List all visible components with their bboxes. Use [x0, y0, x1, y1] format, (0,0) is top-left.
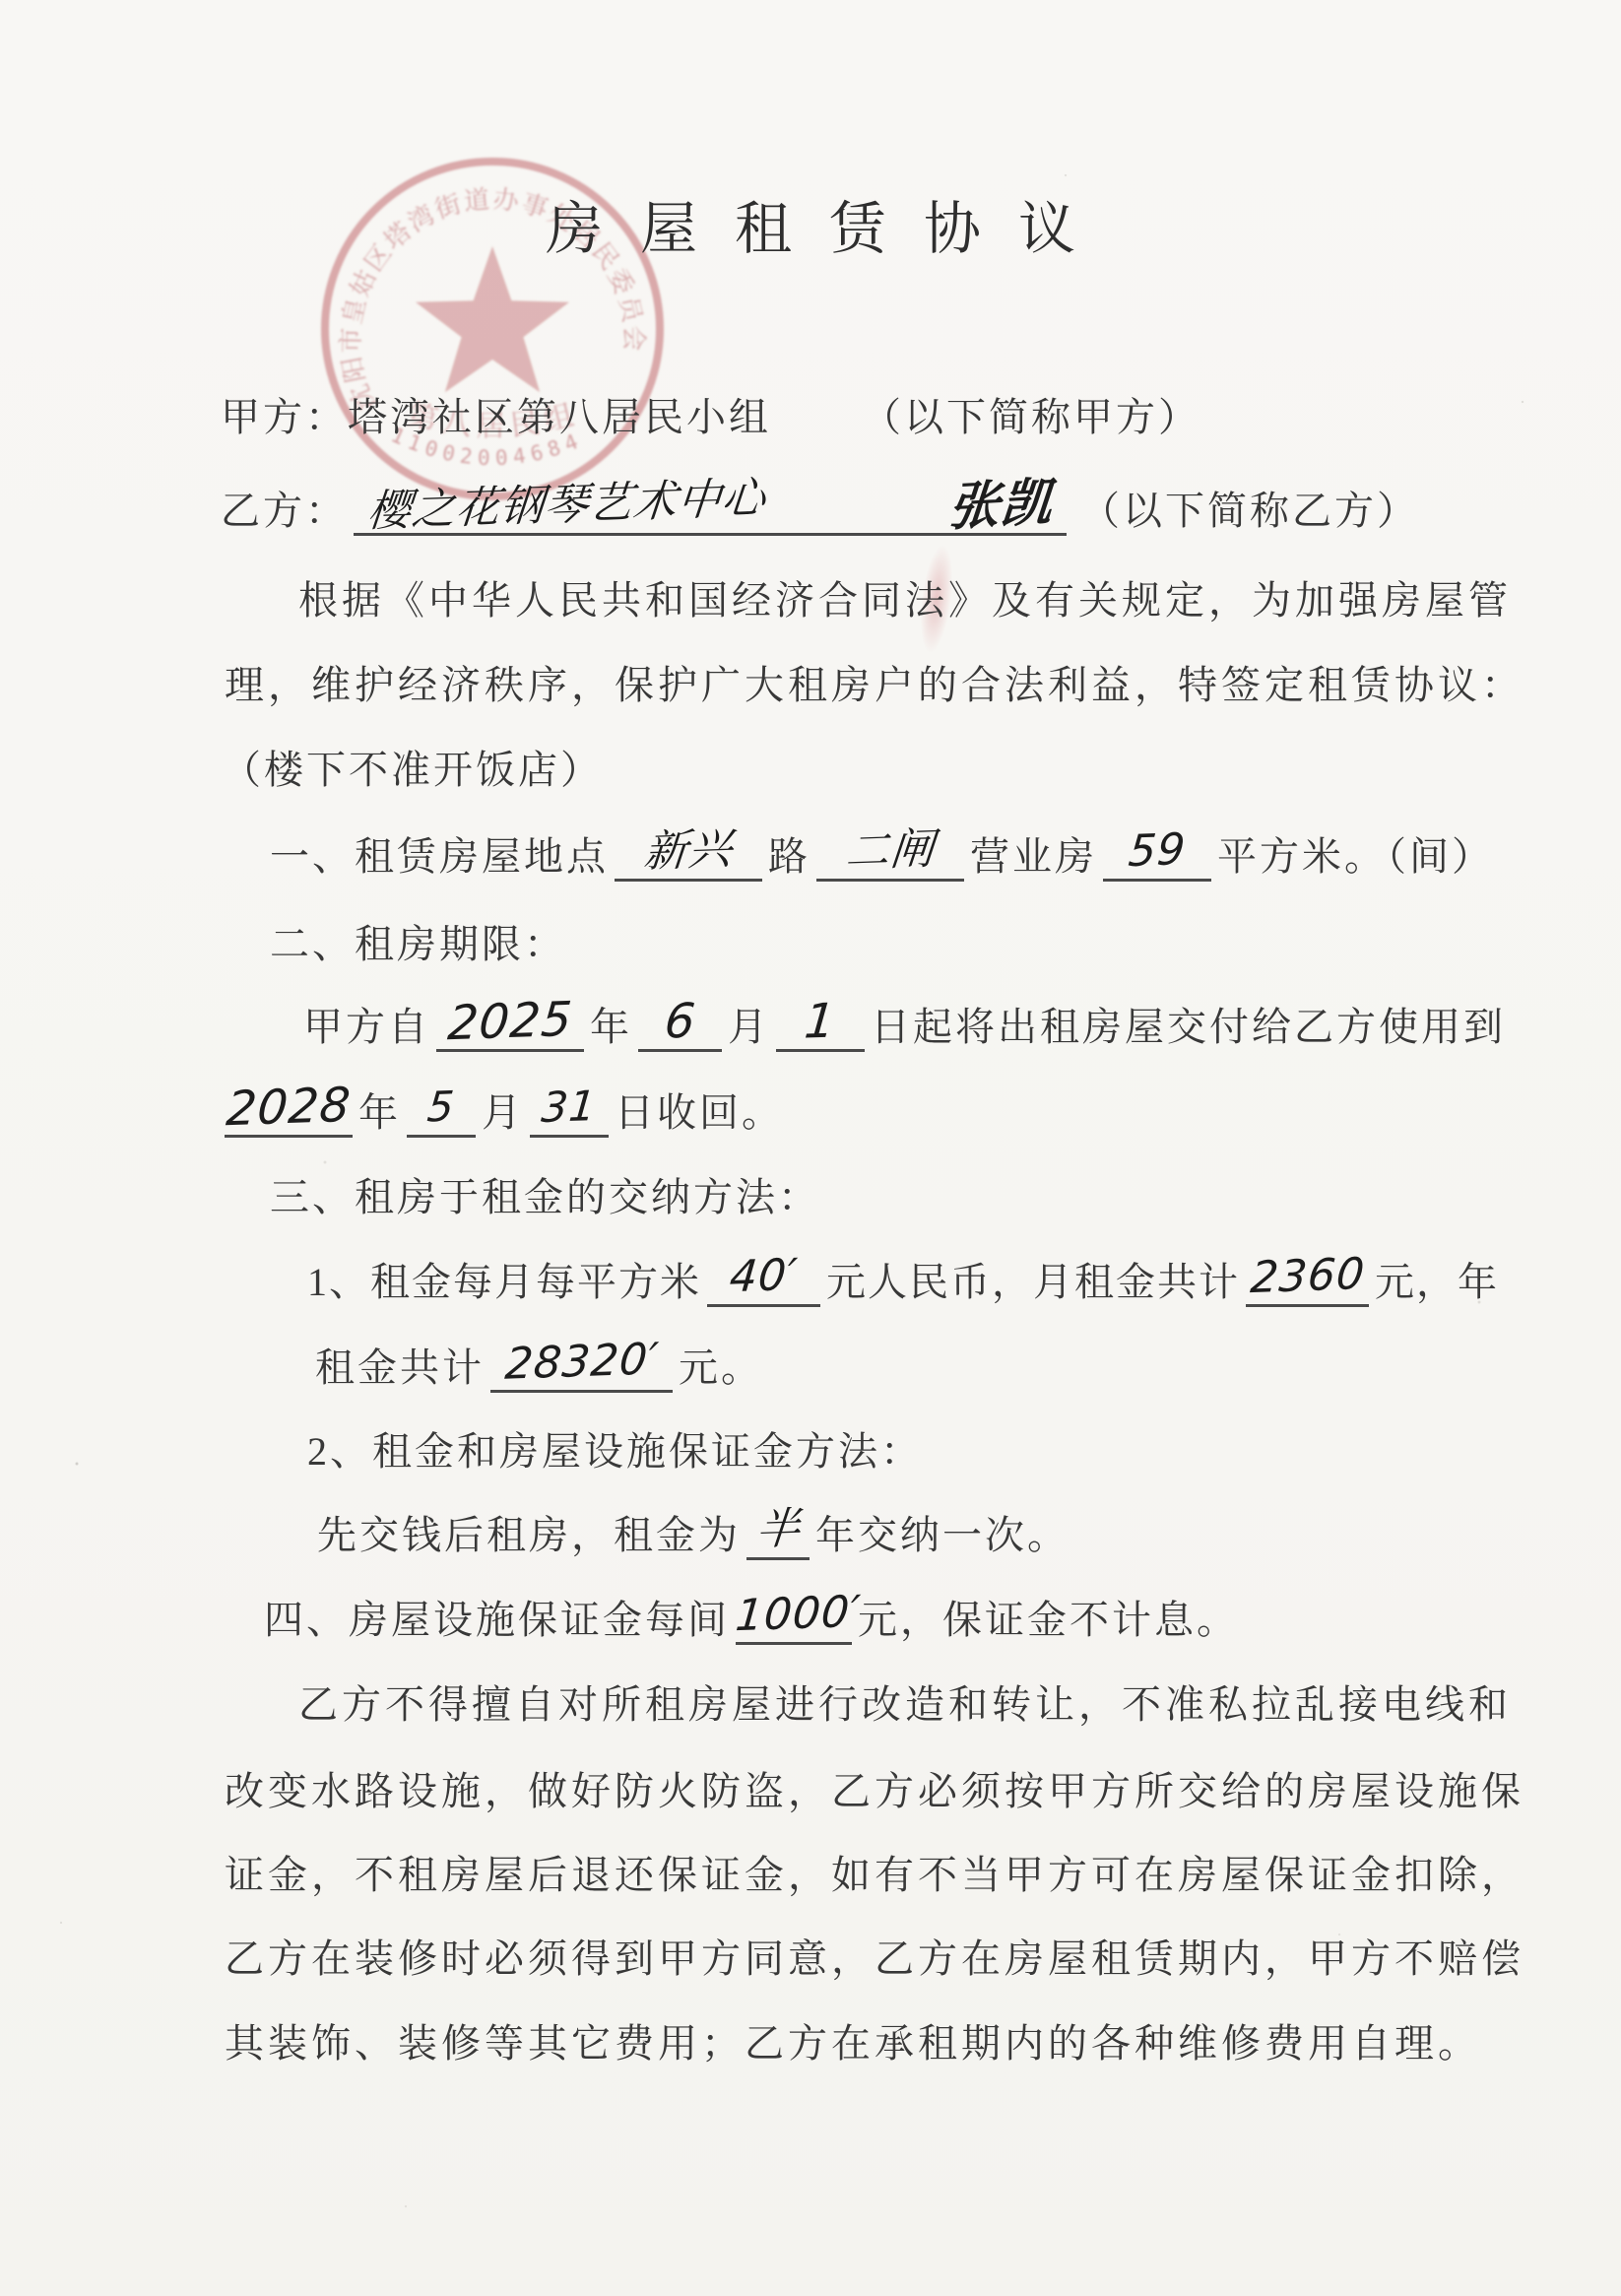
end-month-handwriting: 5 — [425, 1082, 457, 1132]
rent-item1-mid: 元人民币，月租金共计 — [826, 1260, 1240, 1304]
deposit-handwriting: 1000′ — [734, 1588, 863, 1642]
preamble-line2: 理，维护经济秩序，保护广大租房户的合法利益，特签定租赁协议： — [225, 654, 1524, 710]
end-year-handwriting: 2028 — [225, 1081, 353, 1135]
end-day-blank: 31 — [530, 1085, 609, 1138]
party-a-label: 甲方： — [221, 395, 348, 439]
obligations-line4: 乙方在装修时必须得到甲方同意，乙方在房屋租赁期内，甲方不赔偿 — [225, 1928, 1524, 1984]
deposit-blank: 1000′ — [736, 1593, 852, 1645]
party-b-label: 乙方： — [221, 489, 348, 533]
deposit-suffix: 元，保证金不计息。 — [858, 1598, 1239, 1642]
monthly-blank: 2360 — [1246, 1255, 1369, 1307]
rent-item1-line2: 租金共计28320′元。 — [315, 1337, 763, 1393]
obligations-line3: 证金，不租房屋后退还保证金，如有不当甲方可在房屋保证金扣除， — [225, 1844, 1524, 1900]
party-b-signer-handwriting: 张凯 — [946, 478, 1055, 533]
period-handwriting: 半 — [753, 1504, 802, 1555]
yearly-blank: 28320′ — [490, 1341, 673, 1393]
clause-deposit-line: 四、房屋设施保证金每间1000′元，保证金不计息。 — [264, 1589, 1239, 1645]
start-month-handwriting: 6 — [663, 996, 698, 1046]
preamble-note: （楼下不准开饭店） — [222, 739, 603, 795]
start-day-blank: 1 — [776, 1000, 865, 1052]
monthly-handwriting: 2360 — [1248, 1250, 1366, 1303]
document-page: { "page_title": "房屋租赁协议", "stamp": { "ar… — [0, 0, 1621, 2296]
term-start-prefix: 甲方自 — [303, 1005, 430, 1049]
rent-item1-suffix: 元，年 — [1375, 1260, 1499, 1304]
unit-handwriting: 二闸 — [844, 824, 937, 877]
clause-rent-heading: 三、租房于租金的交纳方法： — [270, 1166, 820, 1222]
party-b-alias: （以下简称乙方） — [1080, 489, 1419, 533]
clause-term-line2: 2028年5月31日收回。 — [225, 1082, 784, 1138]
start-month-blank: 6 — [638, 1000, 722, 1052]
obligations-line1: 乙方不得擅自对所租房屋进行改造和转让，不准私拉乱接电线和 — [298, 1673, 1512, 1730]
period-blank: 半 — [746, 1508, 810, 1560]
rate-blank: 40′ — [707, 1255, 820, 1307]
end-month-label: 月 — [482, 1090, 524, 1135]
unit-blank: 二闸 — [816, 829, 964, 882]
party-b-fill-in: 樱之花钢琴艺术中心张凯 — [354, 487, 1067, 536]
clause-term-line1: 甲方自2025年6月1日起将出租房屋交付给乙方使用到 — [303, 996, 1506, 1052]
star-icon — [416, 246, 569, 392]
obligations-line2: 改变水路设施，做好防火防盗，乙方必须按甲方所交给的房屋设施保 — [225, 1760, 1524, 1816]
party-b-name-handwriting: 樱之花钢琴艺术中心 — [365, 474, 768, 537]
year-label: 年 — [590, 1005, 632, 1049]
party-b-line: 乙方：樱之花钢琴艺术中心张凯（以下简称乙方） — [221, 480, 1419, 536]
rent-item1-line1: 1、租金每月每平方米40′元人民币，月租金共计2360元，年 — [307, 1251, 1499, 1307]
party-a-line: 甲方：塔湾社区第八居民小组（以下简称甲方） — [221, 386, 1200, 442]
yearly-handwriting: 28320′ — [502, 1335, 660, 1390]
rent-item2-prefix: 先交钱后租房，租金为 — [317, 1513, 741, 1557]
end-year-label: 年 — [358, 1090, 401, 1135]
deposit-prefix: 四、房屋设施保证金每间 — [264, 1598, 730, 1642]
area-blank: 59 — [1103, 829, 1211, 882]
month-label: 月 — [728, 1005, 770, 1049]
area-handwriting: 59 — [1127, 825, 1188, 877]
rent-cont-suffix: 元。 — [679, 1345, 763, 1390]
rent-cont-prefix: 租金共计 — [315, 1345, 485, 1390]
rent-item2-line: 先交钱后租房，租金为半年交纳一次。 — [317, 1504, 1070, 1560]
obligations-line5: 其装饰、装修等其它费用；乙方在承租期内的各种维修费用自理。 — [225, 2012, 1481, 2068]
road-handwriting: 新兴 — [642, 824, 735, 877]
clause-location-mid: 营业房 — [970, 834, 1097, 879]
start-year-blank: 2025 — [436, 1000, 584, 1052]
preamble-line1: 根据《中华人民共和国经济合同法》及有关规定，为加强房屋管 — [298, 569, 1512, 625]
clause-location-prefix: 一、租赁房屋地点 — [270, 834, 609, 879]
term-start-suffix: 日起将出租房屋交付给乙方使用到 — [871, 1005, 1506, 1049]
road-label: 路 — [768, 834, 810, 879]
road-blank: 新兴 — [615, 829, 762, 882]
start-year-handwriting: 2025 — [446, 995, 574, 1049]
term-end-suffix: 日收回。 — [615, 1090, 784, 1135]
clause-location-line: 一、租赁房屋地点新兴路二闸营业房59平方米。（间） — [270, 825, 1494, 882]
rate-handwriting: 40′ — [728, 1251, 800, 1303]
end-month-blank: 5 — [407, 1085, 476, 1138]
start-day-handwriting: 1 — [803, 996, 838, 1046]
party-a-name: 塔湾社区第八居民小组 — [348, 395, 771, 439]
rent-item2-suffix: 年交纳一次。 — [815, 1513, 1070, 1557]
clause-term-heading: 二、租房期限： — [270, 913, 566, 969]
document-title: 房屋租赁协议 — [0, 182, 1621, 265]
end-day-handwriting: 31 — [540, 1082, 599, 1133]
clause-location-suffix: 平方米。（间） — [1217, 834, 1494, 879]
end-year-blank: 2028 — [225, 1085, 353, 1138]
rent-item2-heading: 2、租金和房屋设施保证金方法： — [307, 1420, 923, 1476]
party-a-alias: （以下简称甲方） — [862, 395, 1200, 439]
rent-item1-prefix: 1、租金每月每平方米 — [307, 1260, 701, 1304]
